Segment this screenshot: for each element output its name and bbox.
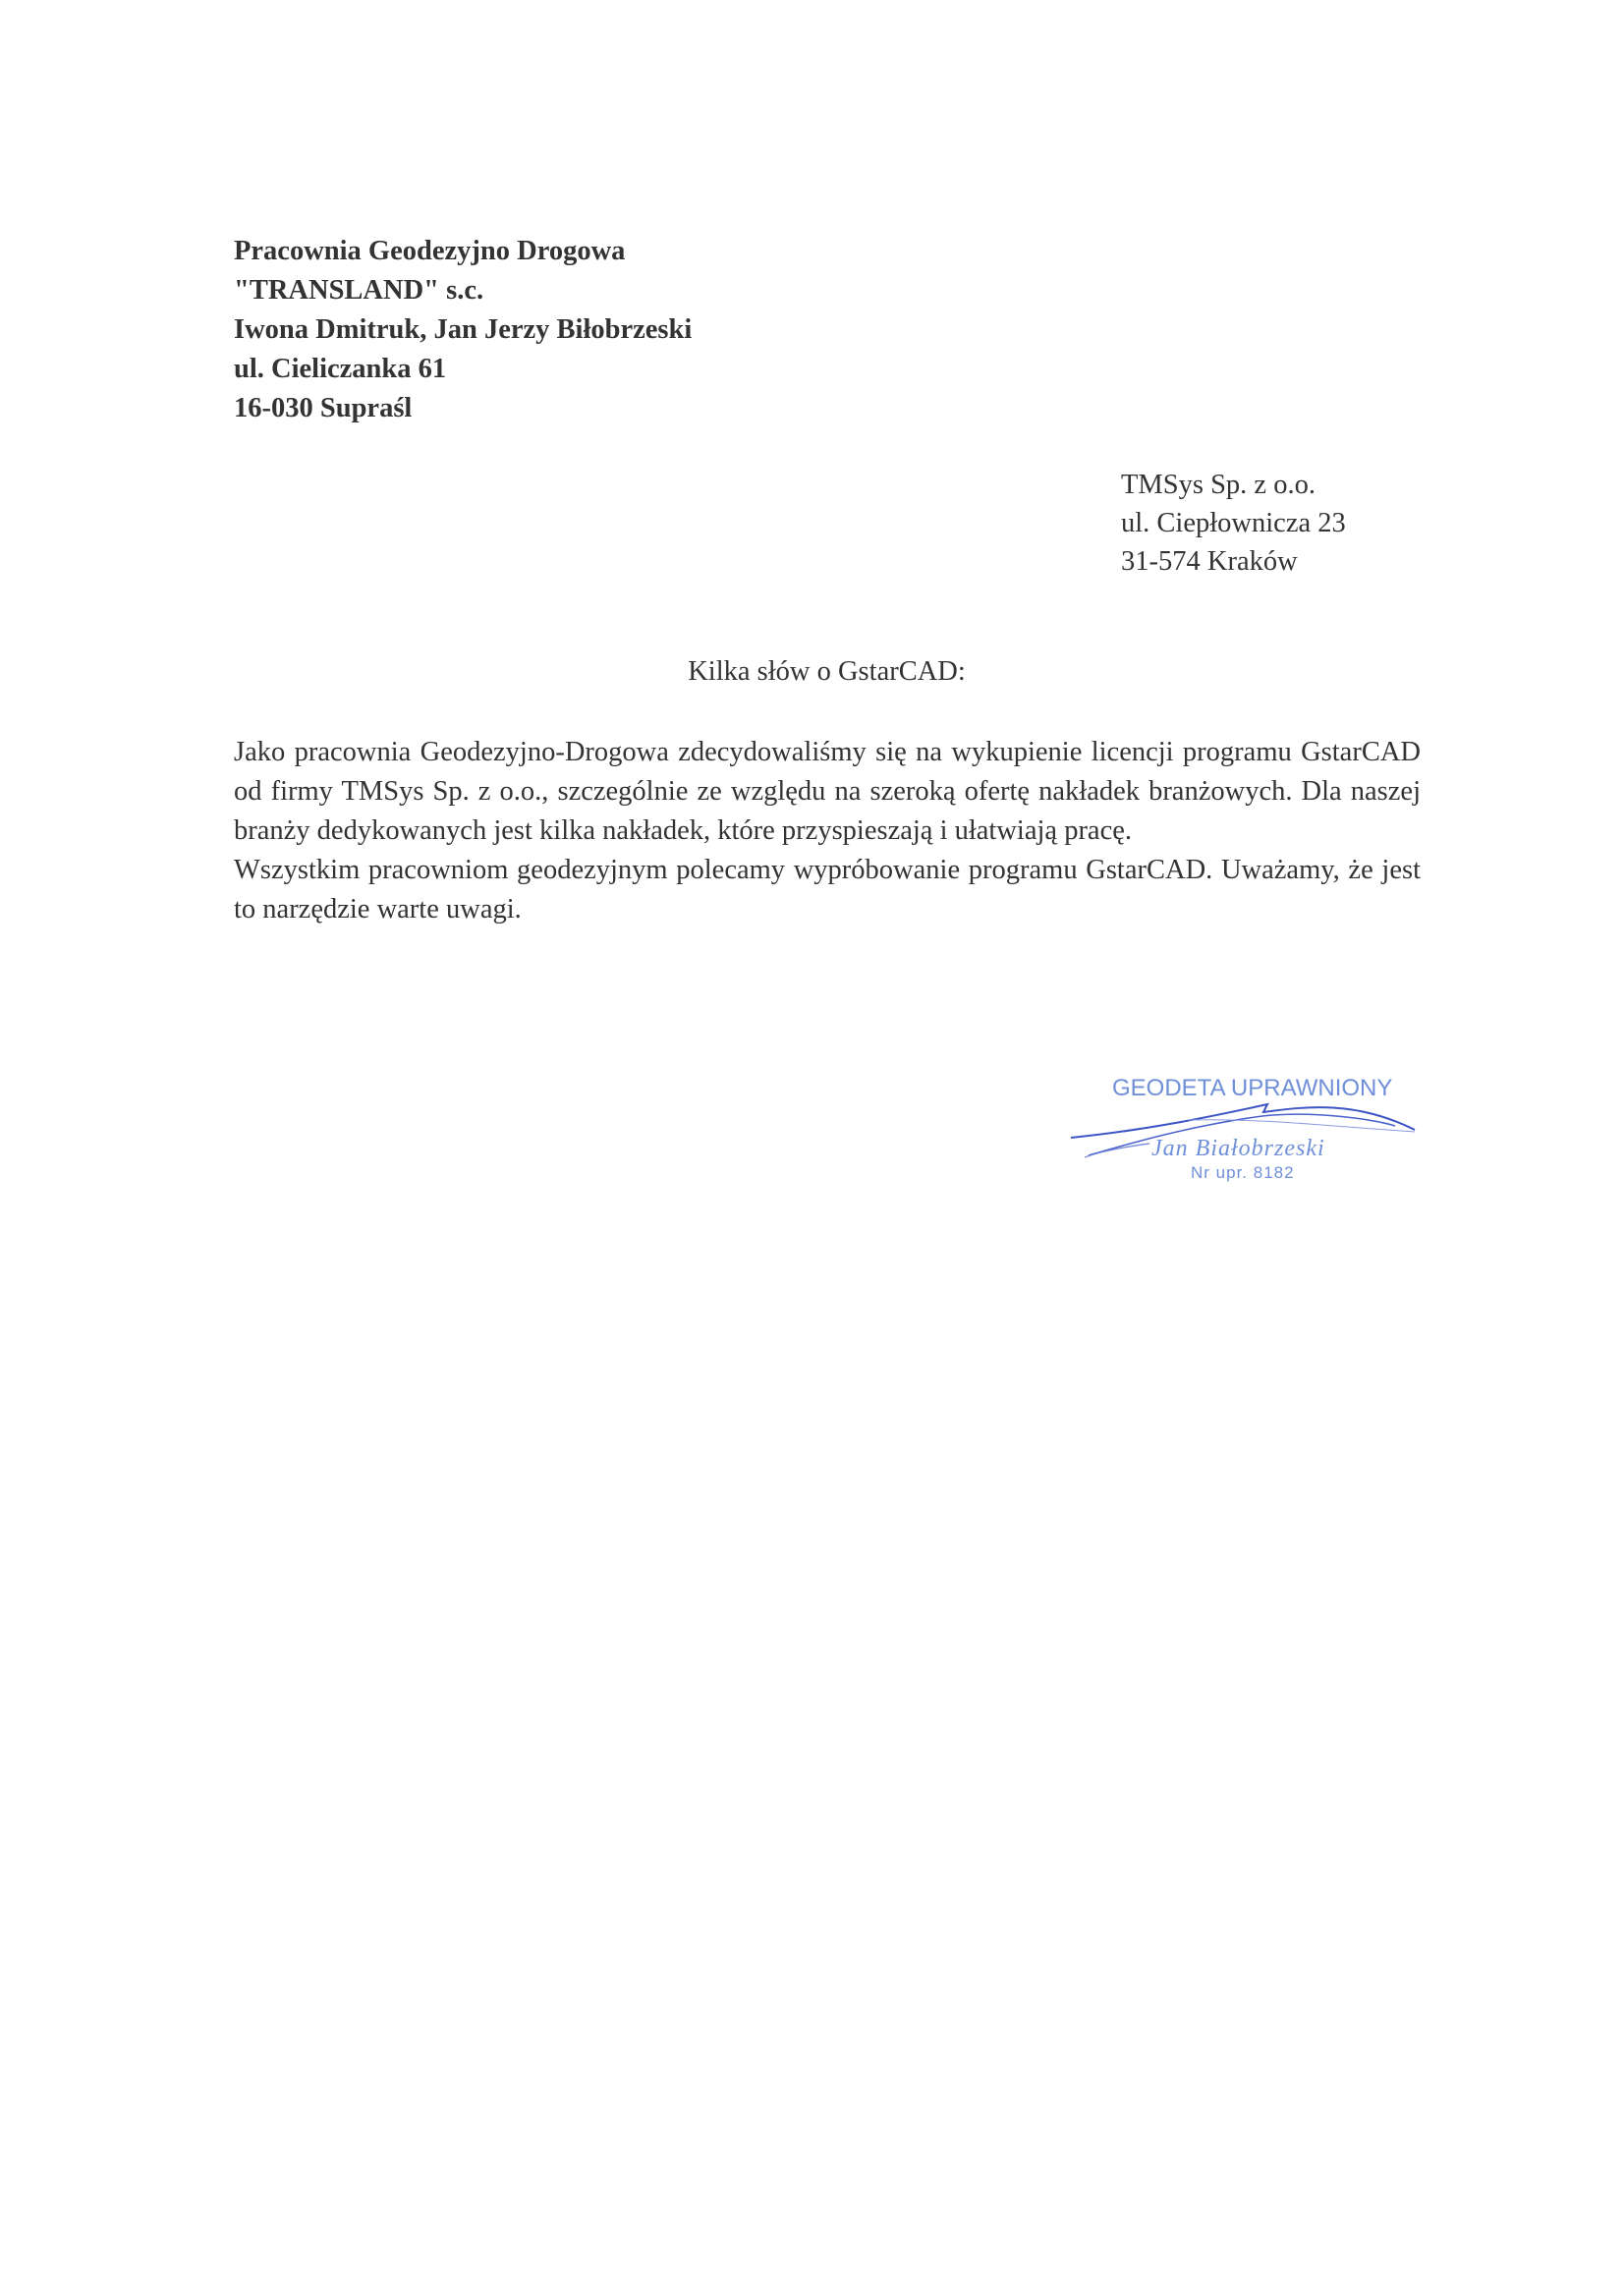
surveyor-stamp: GEODETA UPRAWNIONY Jan Białobrzeski Nr u… (1061, 1061, 1454, 1199)
recipient-address: TMSys Sp. z o.o. ul. Ciepłownicza 23 31-… (1121, 466, 1346, 581)
recipient-city: 31-574 Kraków (1121, 542, 1346, 581)
sender-owners: Iwona Dmitruk, Jan Jerzy Biłobrzeski (234, 310, 692, 350)
letter-subject: Kilka słów o GstarCAD: (0, 656, 1624, 688)
stamp-title: GEODETA UPRAWNIONY (1112, 1075, 1392, 1102)
sender-company: Pracownia Geodezyjno Drogowa (234, 232, 692, 271)
sender-street: ul. Cieliczanka 61 (234, 350, 692, 389)
letter-body: Jako pracownia Geodezyjno-Drogowa zdecyd… (234, 733, 1421, 929)
recipient-company: TMSys Sp. z o.o. (1121, 466, 1346, 504)
body-paragraph: Wszystkim pracowniom geodezyjnym polecam… (234, 851, 1421, 929)
sender-address: Pracownia Geodezyjno Drogowa "TRANSLAND"… (234, 232, 692, 428)
recipient-street: ul. Ciepłownicza 23 (1121, 504, 1346, 542)
stamp-name: Jan Białobrzeski (1151, 1136, 1325, 1162)
body-paragraph: Jako pracownia Geodezyjno-Drogowa zdecyd… (234, 733, 1421, 851)
stamp-license-number: Nr upr. 8182 (1191, 1163, 1295, 1183)
sender-company-name: "TRANSLAND" s.c. (234, 271, 692, 310)
subject-text: Kilka słów o GstarCAD: (688, 656, 966, 688)
sender-city: 16-030 Supraśl (234, 389, 692, 428)
